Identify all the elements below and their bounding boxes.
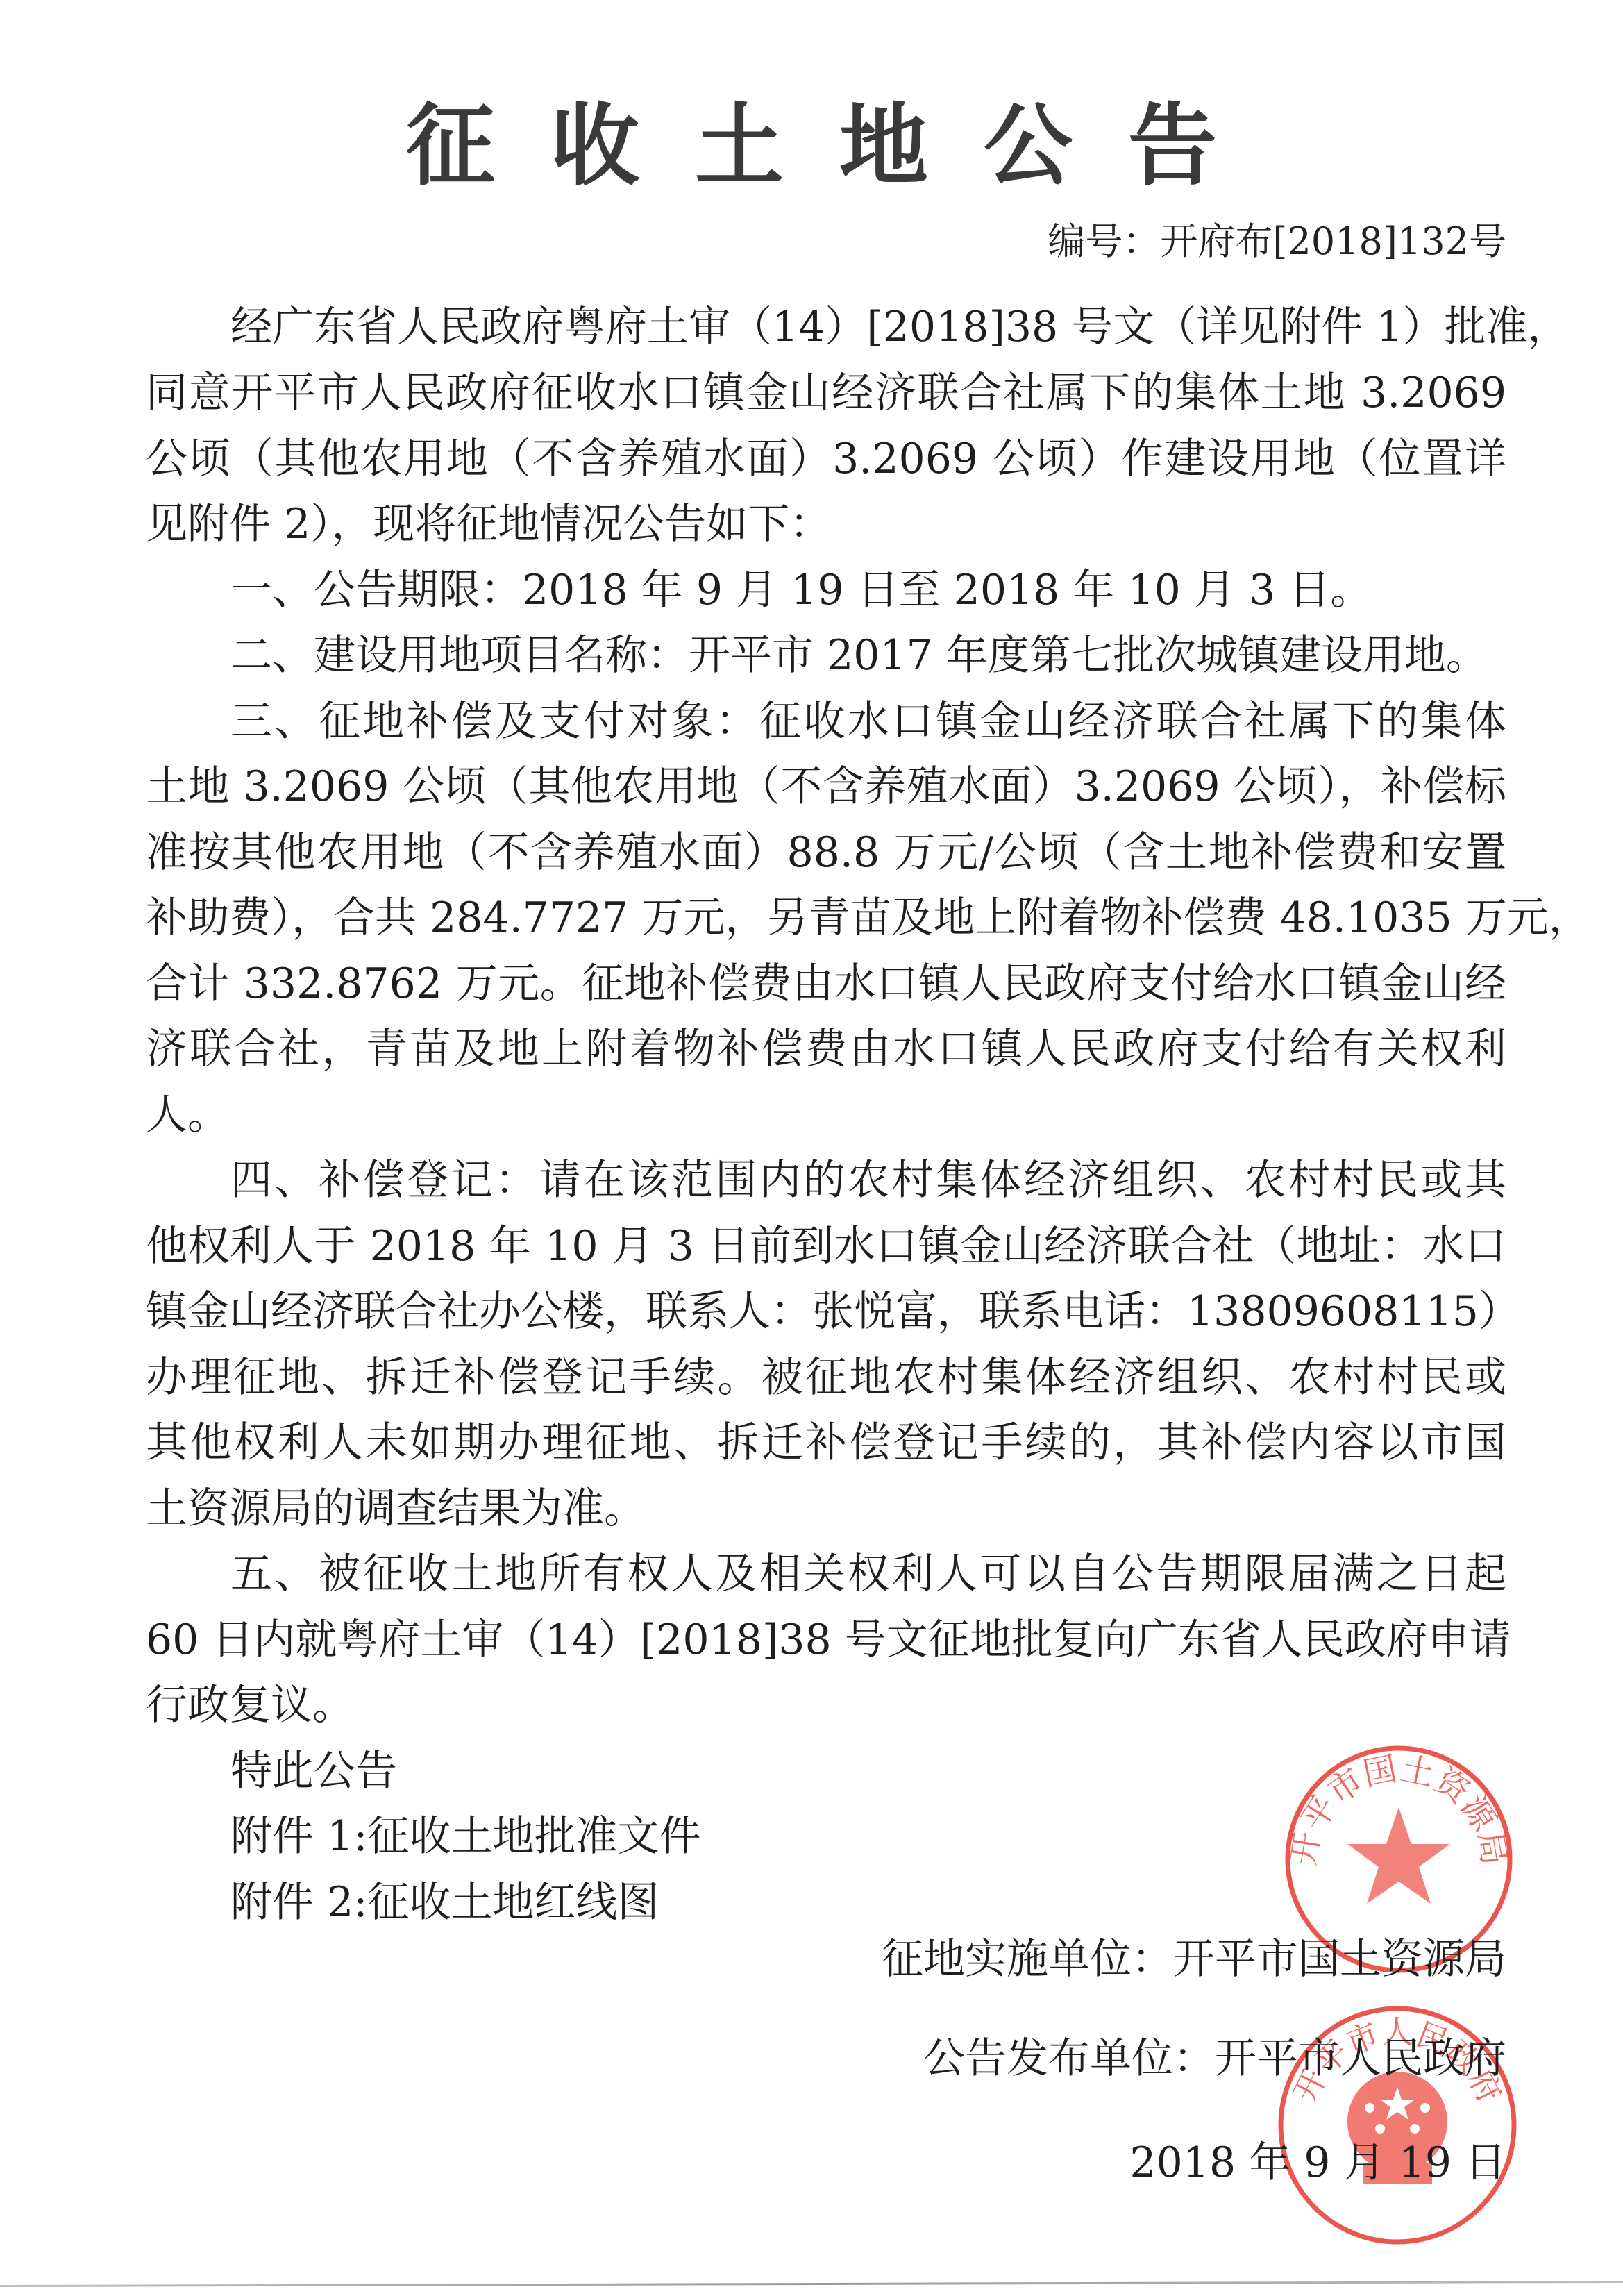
document-title: 征收土地公告 xyxy=(0,97,1623,194)
section-1-line: 一、公告期限：2018 年 9 月 19 日至 2018 年 10 月 3 日。 xyxy=(230,558,1506,623)
intro-line: 公顷（其他农用地（不含养殖水面）3.2069 公顷）作建设用地（位置详 xyxy=(146,426,1506,492)
publisher-signature: 公告发布单位：开平市人民政府 xyxy=(923,2026,1506,2091)
section-3-line: 补助费），合共 284.7727 万元，另青苗及地上附着物补偿费 48.1035… xyxy=(146,885,1506,950)
notice-page: 征收土地公告 编号：开府布[2018]132号 经广东省人民政府粤府土审（14）… xyxy=(0,0,1623,2296)
section-4-line: 办理征地、拆迁补偿登记手续。被征地农村集体经济组织、农村村民或 xyxy=(146,1345,1506,1410)
section-2-line: 二、建设用地项目名称：开平市 2017 年度第七批次城镇建设用地。 xyxy=(230,623,1506,688)
section-3-line: 准按其他农用地（不含养殖水面）88.8 万元/公顷（含土地补偿费和安置 xyxy=(146,820,1506,885)
section-4-line: 镇金山经济联合社办公楼，联系人：张悦富，联系电话：13809608115） xyxy=(146,1279,1506,1344)
intro-line: 见附件 2），现将征地情况公告如下： xyxy=(146,492,1506,557)
issue-date: 2018 年 9 月 19 日 xyxy=(1129,2130,1506,2195)
intro-line: 同意开平市人民政府征收水口镇金山经济联合社属下的集体土地 3.2069 xyxy=(146,360,1506,426)
implementer-signature: 征地实施单位：开平市国土资源局 xyxy=(882,1927,1506,1992)
section-4-line: 土资源局的调查结果为准。 xyxy=(146,1476,1506,1541)
section-4-line: 其他权利人未如期办理征地、拆迁补偿登记手续的，其补偿内容以市国 xyxy=(146,1410,1506,1475)
section-3-line: 合计 332.8762 万元。征地补偿费由水口镇人民政府支付给水口镇金山经 xyxy=(146,951,1506,1016)
section-4-line: 四、补偿登记：请在该范围内的农村集体经济组织、农村村民或其 xyxy=(230,1148,1506,1213)
scan-edge-line xyxy=(0,2281,1623,2287)
section-5-line: 60 日内就粤府土审（14）[2018]38 号文征地批复向广东省人民政府申请 xyxy=(146,1607,1506,1673)
document-number: 编号：开府布[2018]132号 xyxy=(1048,221,1506,262)
section-3-line: 土地 3.2069 公顷（其他农用地（不含养殖水面）3.2069 公顷），补偿标 xyxy=(146,754,1506,819)
section-3-line: 人。 xyxy=(146,1082,1506,1148)
star-icon xyxy=(1347,1807,1450,1904)
section-3-line: 三、征地补偿及支付对象：征收水口镇金山经济联合社属下的集体 xyxy=(230,689,1506,754)
section-4-line: 他权利人于 2018 年 10 月 3 日前到水口镇金山经济联合社（地址：水口 xyxy=(146,1214,1506,1279)
section-3-line: 济联合社，青苗及地上附着物补偿费由水口镇人民政府支付给有关权利 xyxy=(146,1016,1506,1082)
section-5-line: 行政复议。 xyxy=(146,1673,1506,1738)
section-5-line: 五、被征收土地所有权人及相关权利人可以自公告期限届满之日起 xyxy=(230,1541,1506,1607)
intro-line: 经广东省人民政府粤府土审（14）[2018]38 号文（详见附件 1）批准， xyxy=(230,294,1506,360)
